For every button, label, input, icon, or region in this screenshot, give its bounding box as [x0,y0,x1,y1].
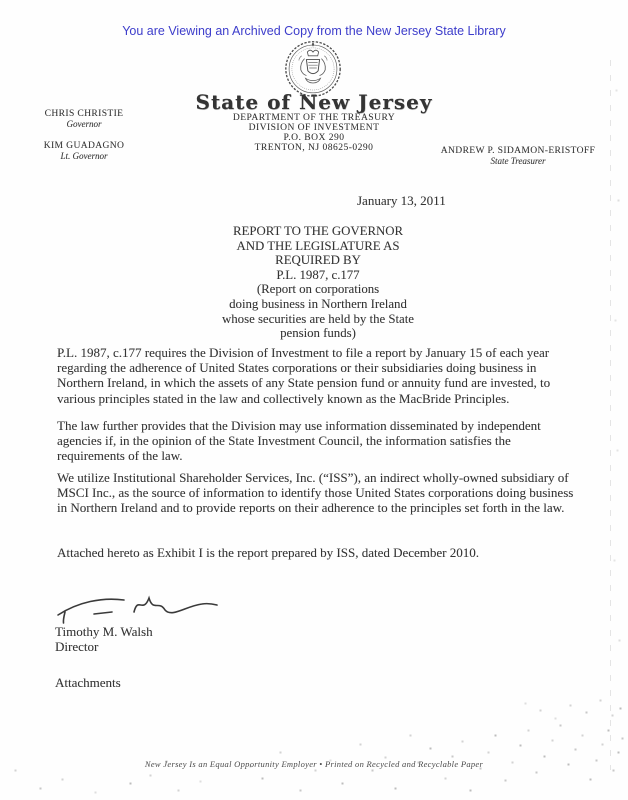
title-line: P.L. 1987, c.177 [0,268,628,283]
official-name: ANDREW P. SIDAMON-ERISTOFF [428,146,608,156]
official-title: State Treasurer [428,156,608,166]
title-line: doing business in Northern Ireland [0,297,628,312]
body-paragraph: Attached hereto as Exhibit I is the repo… [57,545,579,560]
official-governor: CHRIS CHRISTIE Governor [24,109,144,129]
signer-block: Timothy M. Walsh Director [55,624,153,654]
official-state-treasurer: ANDREW P. SIDAMON-ERISTOFF State Treasur… [428,146,608,166]
signer-title: Director [55,639,153,654]
footer-motto: New Jersey Is an Equal Opportunity Emplo… [0,759,628,769]
scan-noise-speckles [0,0,1,1]
report-title-block: REPORT TO THE GOVERNOR AND THE LEGISLATU… [0,224,628,341]
attachments-label: Attachments [55,675,121,691]
title-line: AND THE LEGISLATURE AS [0,239,628,254]
official-name: KIM GUADAGNO [24,141,144,151]
official-lt-governor: KIM GUADAGNO Lt. Governor [24,141,144,161]
body-paragraph: We utilize Institutional Shareholder Ser… [57,470,579,516]
title-line: pension funds) [0,326,628,341]
title-line: REQUIRED BY [0,253,628,268]
official-title: Governor [24,119,144,129]
scanned-letter-page: You are Viewing an Archived Copy from th… [0,0,628,800]
official-name: CHRIS CHRISTIE [24,109,144,119]
scan-artifact-line [610,60,611,770]
body-paragraph: P.L. 1987, c.177 requires the Division o… [57,345,579,406]
body-paragraph: The law further provides that the Divisi… [57,418,579,464]
title-line: REPORT TO THE GOVERNOR [0,224,628,239]
official-title: Lt. Governor [24,151,144,161]
officials-right-block: ANDREW P. SIDAMON-ERISTOFF State Treasur… [428,146,608,178]
title-line: (Report on corporations [0,282,628,297]
archive-banner: You are Viewing an Archived Copy from th… [0,24,628,38]
signer-name: Timothy M. Walsh [55,624,153,639]
officials-left-block: CHRIS CHRISTIE Governor KIM GUADAGNO Lt.… [24,109,144,173]
letter-date: January 13, 2011 [357,193,446,209]
title-line: whose securities are held by the State [0,312,628,327]
